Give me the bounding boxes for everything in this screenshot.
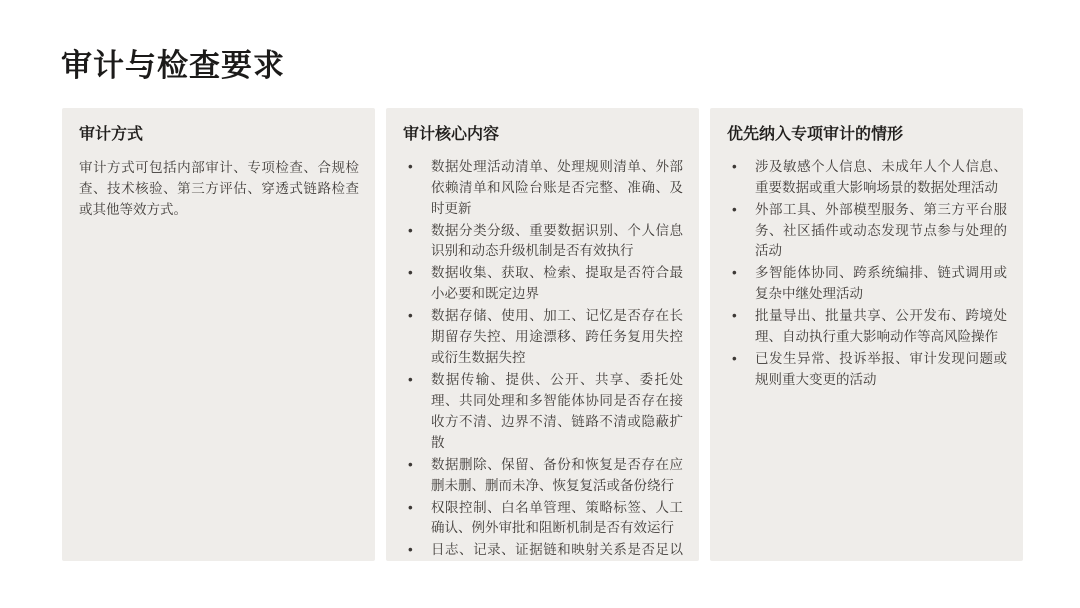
bullet-marker: • [403,221,431,242]
bullet-item: •权限控制、白名单管理、策略标签、人工确认、例外审批和阻断机制是否有效运行 [403,498,683,540]
bullet-text: 权限控制、白名单管理、策略标签、人工确认、例外审批和阻断机制是否有效运行 [431,498,683,540]
bullet-marker: • [727,349,755,370]
bullet-marker: • [403,263,431,284]
bullet-marker: • [403,455,431,476]
card-title-priority-special-audit: 优先纳入专项审计的情形 [727,125,1007,146]
bullet-marker: • [727,263,755,284]
bullet-item: •数据传输、提供、公开、共享、委托处理、共同处理和多智能体协同是否存在接收方不清… [403,370,683,454]
page-title: 审计与检查要求 [61,47,285,84]
bullet-text: 数据存储、使用、加工、记忆是否存在长期留存失控、用途漂移、跨任务复用失控或衍生数… [431,306,683,369]
bullet-text: 批量导出、批量共享、公开发布、跨境处理、自动执行重大影响动作等高风险操作 [755,306,1007,348]
card-paragraph-audit-methods: 审计方式可包括内部审计、专项检查、合规检查、技术核验、第三方评估、穿透式链路检查… [79,157,359,221]
bullet-text: 数据处理活动清单、处理规则清单、外部依赖清单和风险台账是否完整、准确、及时更新 [431,157,683,220]
bullet-text: 多智能体协同、跨系统编排、链式调用或复杂中继处理活动 [755,263,1007,305]
bullet-text: 已发生异常、投诉举报、审计发现问题或规则重大变更的活动 [755,349,1007,391]
bullet-list-audit-core-content: •数据处理活动清单、处理规则清单、外部依赖清单和风险台账是否完整、准确、及时更新… [403,157,683,561]
bullet-item: •数据分类分级、重要数据识别、个人信息识别和动态升级机制是否有效执行 [403,221,683,263]
bullet-marker: • [403,370,431,391]
bullet-item: •批量导出、批量共享、公开发布、跨境处理、自动执行重大影响动作等高风险操作 [727,306,1007,348]
bullet-item: •外部工具、外部模型服务、第三方平台服务、社区插件或动态发现节点参与处理的活动 [727,200,1007,263]
bullet-text: 数据删除、保留、备份和恢复是否存在应删未删、删而未净、恢复复活或备份绕行 [431,455,683,497]
bullet-item: •数据存储、使用、加工、记忆是否存在长期留存失控、用途漂移、跨任务复用失控或衍生… [403,306,683,369]
card-title-audit-methods: 审计方式 [79,125,359,146]
bullet-marker: • [403,498,431,519]
bullet-item: •数据处理活动清单、处理规则清单、外部依赖清单和风险台账是否完整、准确、及时更新 [403,157,683,220]
bullet-text: 数据收集、获取、检索、提取是否符合最小必要和既定边界 [431,263,683,305]
bullet-text: 数据分类分级、重要数据识别、个人信息识别和动态升级机制是否有效执行 [431,221,683,263]
card-row: 审计方式 审计方式可包括内部审计、专项检查、合规检查、技术核验、第三方评估、穿透… [62,108,1023,561]
card-audit-core-content: 审计核心内容 •数据处理活动清单、处理规则清单、外部依赖清单和风险台账是否完整、… [386,108,699,561]
bullet-text: 外部工具、外部模型服务、第三方平台服务、社区插件或动态发现节点参与处理的活动 [755,200,1007,263]
bullet-marker: • [727,200,755,221]
bullet-marker: • [727,306,755,327]
bullet-item: •数据删除、保留、备份和恢复是否存在应删未删、删而未净、恢复复活或备份绕行 [403,455,683,497]
card-audit-methods: 审计方式 审计方式可包括内部审计、专项检查、合规检查、技术核验、第三方评估、穿透… [62,108,375,561]
bullet-text: 数据传输、提供、公开、共享、委托处理、共同处理和多智能体协同是否存在接收方不清、… [431,370,683,454]
bullet-text: 日志、记录、证据链和映射关系是否足以支持核验、追溯和问责 [431,540,683,561]
card-priority-special-audit: 优先纳入专项审计的情形 •涉及敏感个人信息、未成年人个人信息、重要数据或重大影响… [710,108,1023,561]
bullet-item: •涉及敏感个人信息、未成年人个人信息、重要数据或重大影响场景的数据处理活动 [727,157,1007,199]
bullet-marker: • [403,157,431,178]
bullet-marker: • [403,540,431,561]
bullet-item: •多智能体协同、跨系统编排、链式调用或复杂中继处理活动 [727,263,1007,305]
card-title-audit-core-content: 审计核心内容 [403,125,683,146]
bullet-text: 涉及敏感个人信息、未成年人个人信息、重要数据或重大影响场景的数据处理活动 [755,157,1007,199]
bullet-marker: • [403,306,431,327]
bullet-item: •数据收集、获取、检索、提取是否符合最小必要和既定边界 [403,263,683,305]
bullet-item: •日志、记录、证据链和映射关系是否足以支持核验、追溯和问责 [403,540,683,561]
bullet-marker: • [727,157,755,178]
bullet-item: •已发生异常、投诉举报、审计发现问题或规则重大变更的活动 [727,349,1007,391]
slide: 审计与检查要求 审计方式 审计方式可包括内部审计、专项检查、合规检查、技术核验、… [0,0,1080,608]
bullet-list-priority-special-audit: •涉及敏感个人信息、未成年人个人信息、重要数据或重大影响场景的数据处理活动•外部… [727,157,1007,391]
